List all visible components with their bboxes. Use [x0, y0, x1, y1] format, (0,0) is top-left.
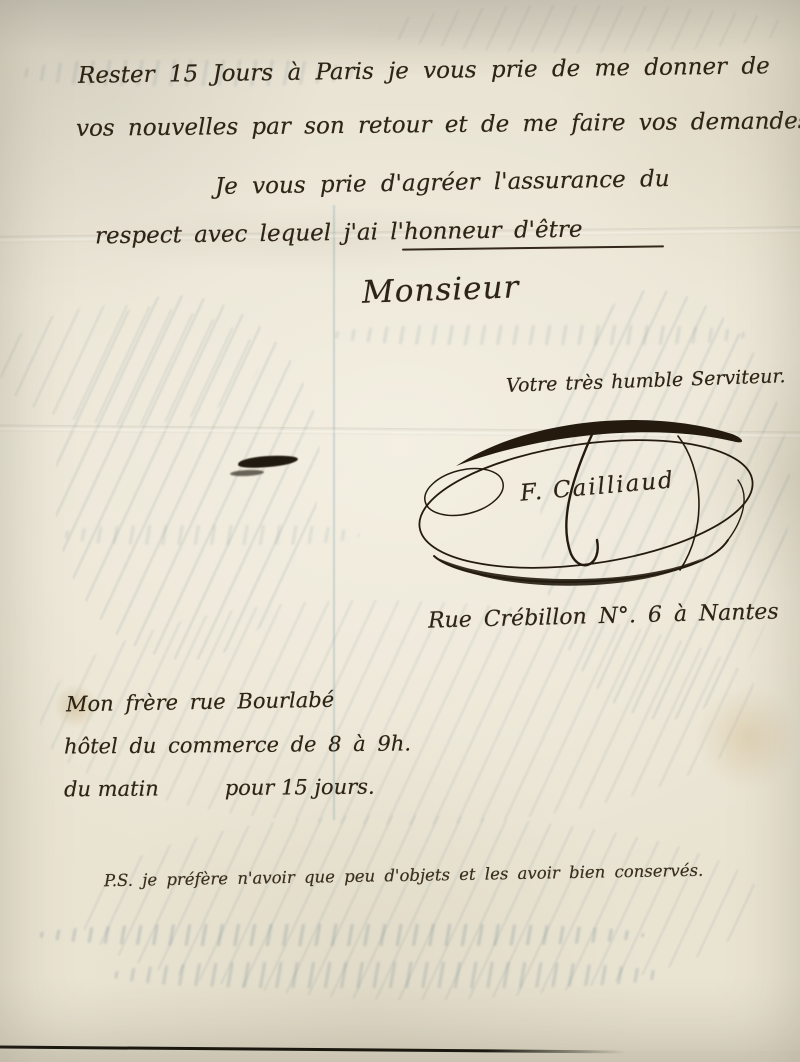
pen-flourish-line: [402, 245, 664, 250]
note-line-1: Mon frère rue Bourlabé: [66, 688, 335, 717]
verso-ghost-writing: [110, 962, 665, 988]
note-line-3a: du matin: [64, 777, 159, 802]
letter-page: Rester 15 Jours à Paris je vous prie de …: [0, 0, 800, 1062]
body-line-3: Je vous prie d'agréer l'assurance du: [215, 166, 670, 200]
bleed-through-patch: [0, 305, 260, 425]
valediction: Votre très humble Serviteur.: [506, 365, 786, 397]
bleed-through-patch: [55, 295, 320, 660]
ink-smudge: [238, 454, 299, 469]
salutation: Monsieur: [361, 269, 519, 310]
body-line-4: respect avec lequel j'ai l'honneur d'êtr…: [95, 217, 583, 250]
scan-background-strip: [0, 1051, 800, 1062]
ink-smudge: [230, 469, 264, 477]
postscript-line: P.S. je préfère n'avoir que peu d'objets…: [104, 861, 704, 890]
address-line: Rue Crébillon N°. 6 à Nantes: [428, 599, 779, 633]
bleed-through-patch: [380, 5, 790, 53]
show-through-margin-line: [333, 205, 335, 820]
note-line-2: hôtel du commerce de 8 à 9h.: [64, 731, 411, 758]
verso-ghost-writing: [35, 924, 645, 946]
body-line-2: vos nouvelles par son retour et de me fa…: [76, 108, 800, 142]
verso-ghost-writing: [330, 325, 750, 345]
note-line-3b: pour 15 jours.: [225, 775, 375, 800]
bleed-through-patch: [80, 815, 760, 1000]
body-line-1: Rester 15 Jours à Paris je vous prie de …: [78, 53, 770, 89]
note-line-3: du matin pour 15 jours.: [64, 775, 375, 802]
verso-ghost-writing: [60, 525, 360, 545]
